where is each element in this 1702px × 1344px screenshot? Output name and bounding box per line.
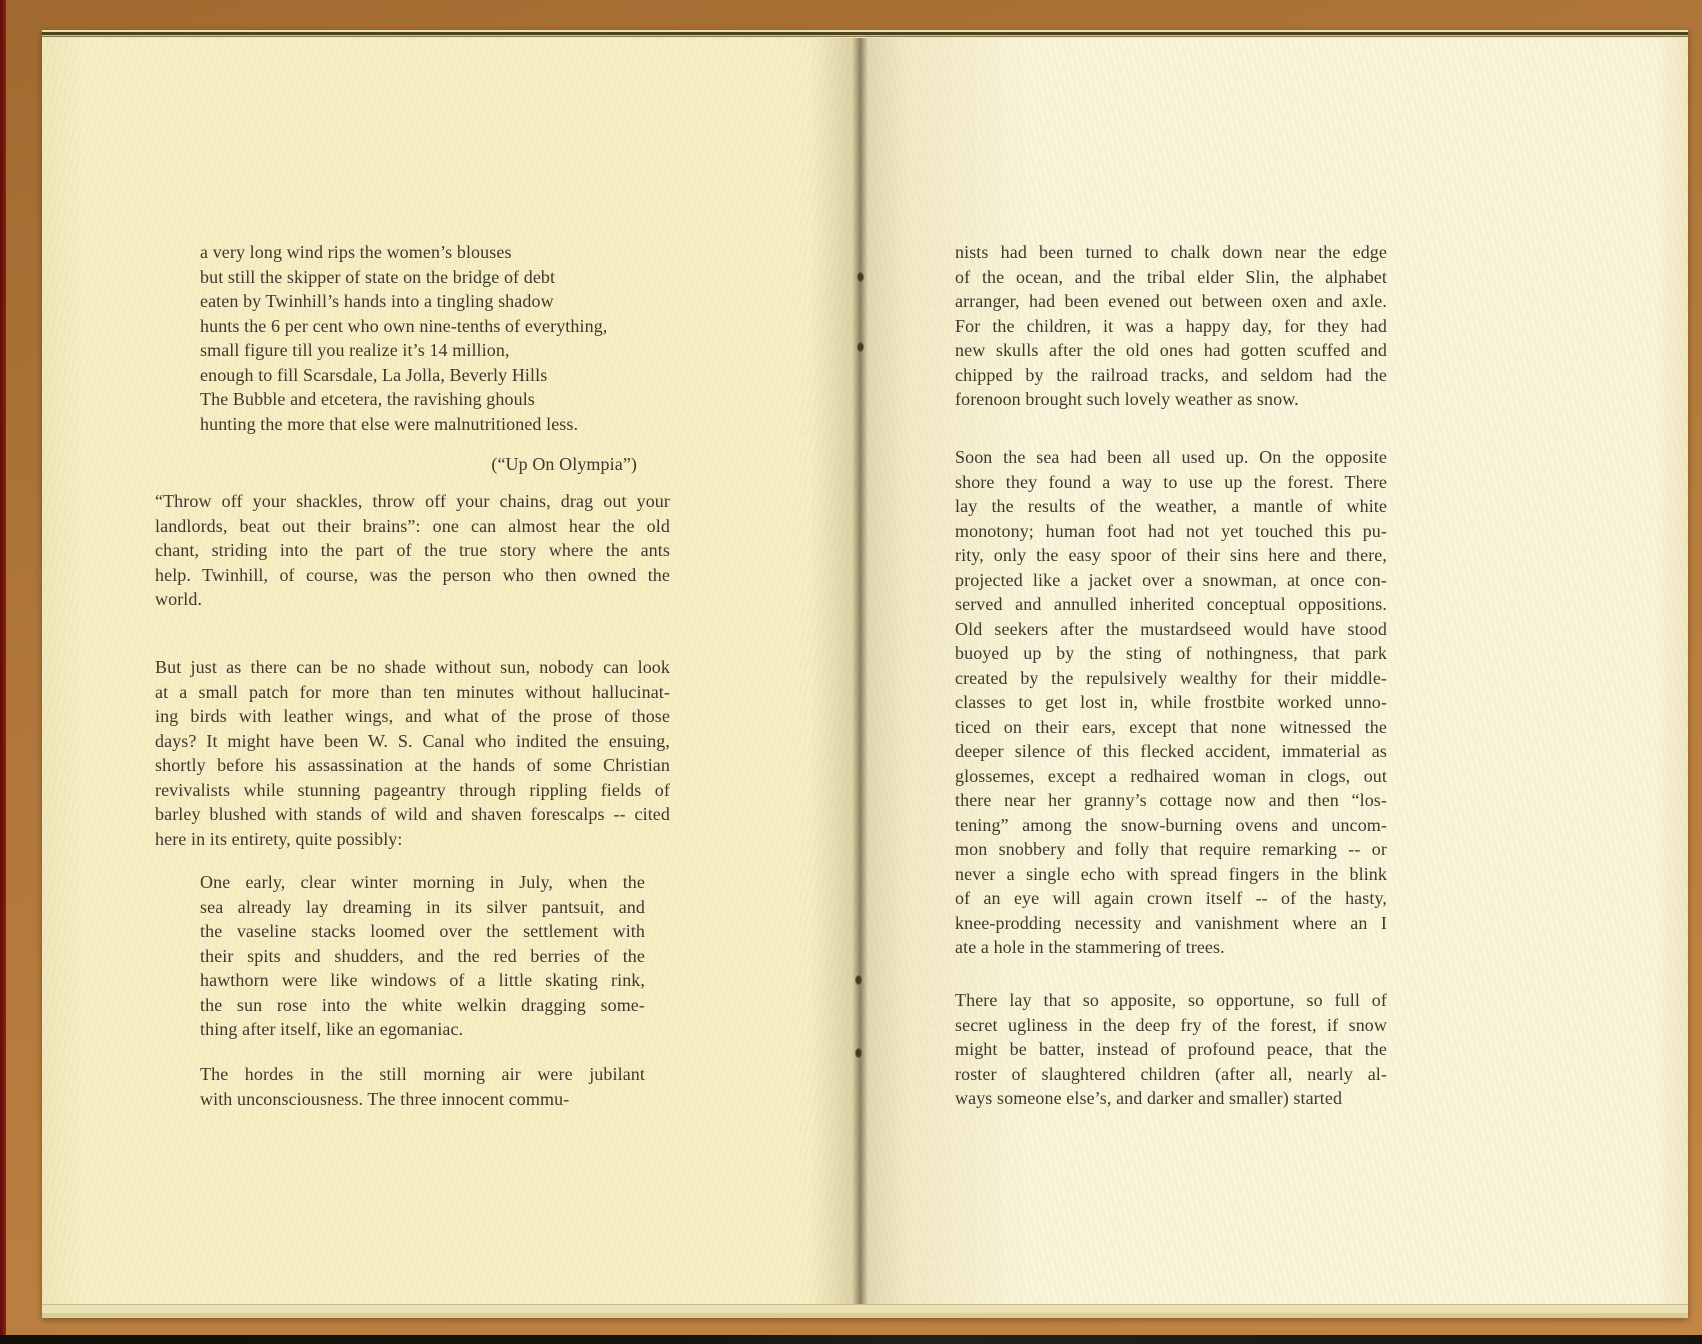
text-line: their spits and shudders, and the red be… xyxy=(200,944,645,969)
blockquote-the-hordes: The hordes in the still morning air were… xyxy=(200,1062,645,1111)
text-line: roster of slaughtered children (after al… xyxy=(955,1062,1387,1087)
text-line: barley blushed with stands of wild and s… xyxy=(155,802,670,827)
paragraph-throw-off-your-shackles: “Throw off your shackles, throw off your… xyxy=(155,489,670,612)
text-line: Soon the sea had been all used up. On th… xyxy=(955,445,1387,470)
text-line: with unconsciousness. The three innocent… xyxy=(200,1087,645,1112)
text-line: never a single echo with spread fingers … xyxy=(955,862,1387,887)
text-line: arranger, had been evened out between ox… xyxy=(955,289,1387,314)
paragraph-soon-the-sea: Soon the sea had been all used up. On th… xyxy=(955,445,1387,960)
text-line: projected like a jacket over a snowman, … xyxy=(955,568,1387,593)
stitch-mark xyxy=(857,342,864,352)
text-line: shortly before his assassination at the … xyxy=(155,753,670,778)
text-line: mon snobbery and folly that require rema… xyxy=(955,837,1387,862)
paragraph-there-lay-that: There lay that so apposite, so opportune… xyxy=(955,988,1387,1111)
text-line: of an eye will again crown itself -- of … xyxy=(955,886,1387,911)
cover-left-edge xyxy=(0,0,6,1344)
text-line: ways someone else’s, and darker and smal… xyxy=(955,1086,1387,1111)
text-line: thing after itself, like an egomaniac. xyxy=(200,1017,645,1042)
text-line: landlords, beat out their brains”: one c… xyxy=(155,514,670,539)
poem-attribution: (“Up On Olympia”) xyxy=(200,452,637,477)
text-line: chipped by the railroad tracks, and seld… xyxy=(955,363,1387,388)
text-line: secret ugliness in the deep fry of the f… xyxy=(955,1013,1387,1038)
text-line: ticed on their ears, except that none wi… xyxy=(955,715,1387,740)
text-line: buoyed up by the sting of nothingness, t… xyxy=(955,641,1387,666)
page-stack-bottom-edge xyxy=(42,1304,1688,1318)
text-line: small figure till you realize it’s 14 mi… xyxy=(200,338,660,363)
blockquote-one-early: One early, clear winter morning in July,… xyxy=(200,870,645,1042)
text-line: monotony; human foot had not yet touched… xyxy=(955,519,1387,544)
text-line: hunts the 6 per cent who own nine-tenths… xyxy=(200,314,660,339)
text-line: The hordes in the still morning air were… xyxy=(200,1062,645,1087)
text-line: the vaseline stacks loomed over the sett… xyxy=(200,919,645,944)
text-line: There lay that so apposite, so opportune… xyxy=(955,988,1387,1013)
text-line: forenoon brought such lovely weather as … xyxy=(955,387,1387,412)
text-line: eaten by Twinhill’s hands into a tinglin… xyxy=(200,289,660,314)
text-line: chant, striding into the part of the tru… xyxy=(155,538,670,563)
text-line: created by the repulsively wealthy for t… xyxy=(955,666,1387,691)
stitch-mark xyxy=(855,975,862,985)
text-line: knee-prodding necessity and vanishment w… xyxy=(955,911,1387,936)
open-book-spread: a very long wind rips the women’s blouse… xyxy=(42,30,1688,1318)
text-line: For the children, it was a happy day, fo… xyxy=(955,314,1387,339)
text-line: here in its entirety, quite possibly: xyxy=(155,827,670,852)
paragraph-nists-had-been-turned: nists had been turned to chalk down near… xyxy=(955,240,1387,412)
text-line: shore they found a way to use up the for… xyxy=(955,470,1387,495)
text-line: tening” among the snow-burning ovens and… xyxy=(955,813,1387,838)
text-line: The Bubble and etcetera, the ravishing g… xyxy=(200,387,660,412)
stitch-mark xyxy=(857,272,864,282)
text-line: ate a hole in the stammering of trees. xyxy=(955,935,1387,960)
text-line: One early, clear winter morning in July,… xyxy=(200,870,645,895)
text-line: there near her granny’s cottage now and … xyxy=(955,788,1387,813)
text-line: help. Twinhill, of course, was the perso… xyxy=(155,563,670,588)
text-line: enough to fill Scarsdale, La Jolla, Beve… xyxy=(200,363,660,388)
text-line: revivalists while stunning pageantry thr… xyxy=(155,778,670,803)
page-stack-top-edge xyxy=(42,30,1688,38)
poem-excerpt: a very long wind rips the women’s blouse… xyxy=(200,240,660,436)
text-line: But just as there can be no shade withou… xyxy=(155,655,670,680)
book-cover: a very long wind rips the women’s blouse… xyxy=(0,0,1702,1344)
text-line: a very long wind rips the women’s blouse… xyxy=(200,240,660,265)
text-line: lay the results of the weather, a mantle… xyxy=(955,494,1387,519)
text-line: nists had been turned to chalk down near… xyxy=(955,240,1387,265)
paragraph-but-just-as: But just as there can be no shade withou… xyxy=(155,655,670,851)
text-line: might be batter, instead of profound pea… xyxy=(955,1037,1387,1062)
text-line: rity, only the easy spoor of their sins … xyxy=(955,543,1387,568)
text-line: world. xyxy=(155,587,670,612)
text-line: hawthorn were like windows of a little s… xyxy=(200,968,645,993)
scan-bottom-edge xyxy=(0,1335,1702,1344)
text-line: new skulls after the old ones had gotten… xyxy=(955,338,1387,363)
text-line: of the ocean, and the tribal elder Slin,… xyxy=(955,265,1387,290)
text-line: at a small patch for more than ten minut… xyxy=(155,680,670,705)
text-line: served and annulled inherited conceptual… xyxy=(955,592,1387,617)
text-line: but still the skipper of state on the br… xyxy=(200,265,660,290)
text-line: hunting the more that else were malnutri… xyxy=(200,412,660,437)
text-line: “Throw off your shackles, throw off your… xyxy=(155,489,670,514)
text-line: Old seekers after the mustardseed would … xyxy=(955,617,1387,642)
text-line: days? It might have been W. S. Canal who… xyxy=(155,729,670,754)
text-line: the sun rose into the white welkin dragg… xyxy=(200,993,645,1018)
text-line: deeper silence of this flecked accident,… xyxy=(955,739,1387,764)
text-line: ing birds with leather wings, and what o… xyxy=(155,704,670,729)
text-line: classes to get lost in, while frostbite … xyxy=(955,690,1387,715)
stitch-mark xyxy=(855,1048,862,1058)
text-line: glossemes, except a redhaired woman in c… xyxy=(955,764,1387,789)
text-line: sea already lay dreaming in its silver p… xyxy=(200,895,645,920)
